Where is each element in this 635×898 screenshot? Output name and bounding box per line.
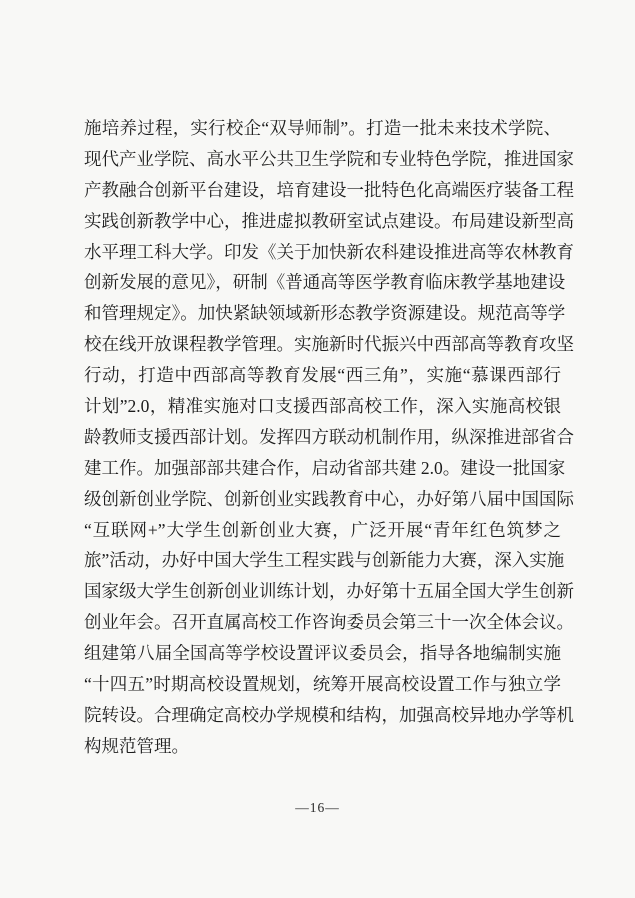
text-line: “互联网+”大学生创新创业大赛，广泛开展“青年红色筑梦之	[84, 515, 561, 546]
text-line: 级创新创业学院、创新创业实践教育中心，办好第八届中国国际	[84, 484, 561, 515]
text-line: 旅”活动，办好中国大学生工程实践与创新能力大赛，深入实施	[84, 545, 561, 576]
text-line: 创新发展的意见》，研制《普通高等医学教育临床教学基地建设	[84, 267, 561, 298]
text-line: 国家级大学生创新创业训练计划，办好第十五届全国大学生创新	[84, 576, 561, 607]
text-line: 和管理规定》。加快紧缺领域新形态教学资源建设。规范高等学	[84, 298, 561, 329]
text-line: 构规范管理。	[84, 731, 561, 762]
text-line: 建工作。加强部部共建合作，启动省部共建 2.0。建设一批国家	[84, 453, 561, 484]
text-line: 校在线开放课程教学管理。实施新时代振兴中西部高等教育攻坚	[84, 329, 561, 360]
body-text-block: 施培养过程，实行校企“双导师制”。打造一批未来技术学院、 现代产业学院、高水平公…	[84, 113, 561, 762]
text-line: 产教融合创新平台建设，培育建设一批特色化高端医疗装备工程	[84, 175, 561, 206]
document-page: 施培养过程，实行校企“双导师制”。打造一批未来技术学院、 现代产业学院、高水平公…	[0, 0, 635, 898]
text-line: 实践创新教学中心，推进虚拟教研室试点建设。布局建设新型高	[84, 206, 561, 237]
text-line: 龄教师支援西部计划。发挥四方联动机制作用，纵深推进部省合	[84, 422, 561, 453]
text-line: 施培养过程，实行校企“双导师制”。打造一批未来技术学院、	[84, 113, 561, 144]
text-line: 现代产业学院、高水平公共卫生学院和专业特色学院，推进国家	[84, 144, 561, 175]
text-line: 组建第八届全国高等学校设置评议委员会，指导各地编制实施	[84, 638, 561, 669]
page-number: —16—	[0, 800, 635, 816]
text-line: “十四五”时期高校设置规划，统筹开展高校设置工作与独立学	[84, 669, 561, 700]
text-line: 计划”2.0，精准实施对口支援西部高校工作，深入实施高校银	[84, 391, 561, 422]
text-line: 创业年会。召开直属高校工作咨询委员会第三十一次全体会议。	[84, 607, 561, 638]
text-line: 行动，打造中西部高等教育发展“西三角”，实施“慕课西部行	[84, 360, 561, 391]
text-line: 院转设。合理确定高校办学规模和结构，加强高校异地办学等机	[84, 700, 561, 731]
text-line: 水平理工科大学。印发《关于加快新农科建设推进高等农林教育	[84, 237, 561, 268]
